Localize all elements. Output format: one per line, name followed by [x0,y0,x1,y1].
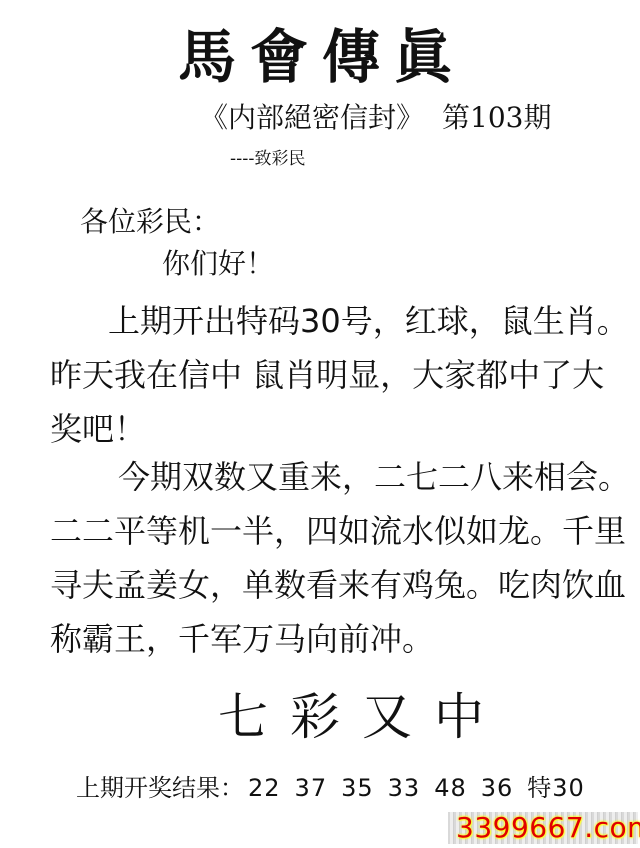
text-line: 昨天我在信中 鼠肖明显，大家都中了大 [50,348,610,402]
text-line: 奖吧！ [50,402,610,456]
previous-draw-results: 上期开奖结果：223735334836特30 [76,770,585,806]
issue-number: 第103期 [442,101,551,134]
site-watermark: 3399667.com [448,812,638,844]
paragraph-riddle: 今期双数又重来，二七二八来相会。 二二平等机一半，四如流水似如龙。千里 寻夫孟姜… [50,450,610,666]
text-line: 上期开出特码30号，红球，鼠生肖。 [50,294,610,348]
special-label: 特 [527,774,552,802]
result-number: 35 [341,774,374,802]
paragraph-previous-result: 上期开出特码30号，红球，鼠生肖。 昨天我在信中 鼠肖明显，大家都中了大 奖吧！ [50,294,610,456]
results-label: 上期开奖结果： [76,774,244,802]
slogan: 七彩又中 [218,684,506,750]
document-title: 馬會傳眞 [178,22,466,92]
text-line: 寻夫孟姜女，单数看来有鸡兔。吃肉饮血 [50,558,610,612]
text-line: 今期双数又重来，二七二八来相会。 [50,450,610,504]
result-number: 48 [434,774,467,802]
result-number: 36 [481,774,514,802]
result-numbers: 223735334836特30 [248,774,585,802]
special-number: 30 [552,774,585,802]
confidential-label: 《内部絕密信封》 [200,101,424,134]
result-number: 37 [295,774,328,802]
subtitle: 《内部絕密信封》第103期 [200,98,551,138]
text-line: 称霸王，千军万马向前冲。 [50,612,610,666]
watermark-text: 3399667.com [456,810,640,846]
result-number: 22 [248,774,281,802]
result-number: 33 [388,774,421,802]
greeting: 各位彩民： [80,204,220,240]
hello-line: 你们好！ [162,246,274,282]
addressee-line: ----致彩民 [230,146,306,172]
text-line: 二二平等机一半，四如流水似如龙。千里 [50,504,610,558]
